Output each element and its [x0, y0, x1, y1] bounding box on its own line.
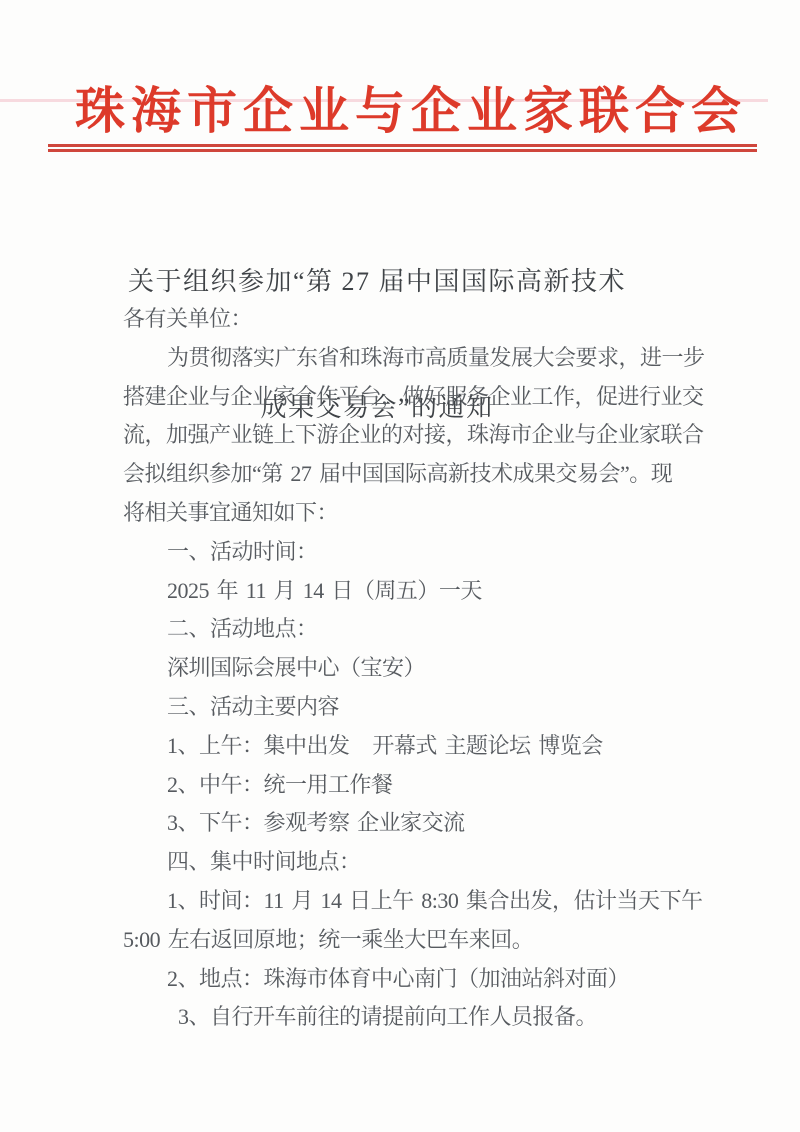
body-line: 1、时间：11 月 14 日上午 8:30 集合出发，估计当天下午	[123, 882, 800, 921]
notice-title-line1: 关于组织参加“第 27 届中国国际高新技术	[0, 261, 754, 303]
body-line: 各有关单位：	[123, 300, 800, 339]
body-line: 深圳国际会展中心（宝安）	[123, 649, 800, 688]
body-line: 2、地点：珠海市体育中心南门（加油站斜对面）	[123, 960, 800, 999]
notice-body: 各有关单位：为贯彻落实广东省和珠海市高质量发展大会要求，进一步搭建企业与企业家合…	[123, 300, 800, 1037]
letterhead-double-rule	[48, 144, 757, 152]
body-line: 四、集中时间地点：	[123, 843, 800, 882]
body-line: 2、中午：统一用工作餐	[123, 766, 800, 805]
body-line: 将相关事宜通知如下：	[123, 494, 800, 533]
org-name: 珠海市企业与企业家联合会	[22, 82, 800, 140]
rule-line-bottom	[48, 149, 757, 152]
body-line: 5:00 左右返回原地；统一乘坐大巴车来回。	[123, 921, 800, 960]
body-line: 搭建企业与企业家合作平台，做好服务企业工作，促进行业交	[123, 378, 800, 417]
body-line: 2025 年 11 月 14 日（周五）一天	[123, 572, 800, 611]
body-line: 一、活动时间：	[123, 533, 800, 572]
body-line: 1、上午：集中出发 开幕式 主题论坛 博览会	[123, 727, 800, 766]
body-line: 三、活动主要内容	[123, 688, 800, 727]
body-line: 二、活动地点：	[123, 610, 800, 649]
body-line: 会拟组织参加“第 27 届中国国际高新技术成果交易会”。现	[123, 455, 800, 494]
body-line: 3、下午：参观考察 企业家交流	[123, 804, 800, 843]
body-line: 流，加强产业链上下游企业的对接，珠海市企业与企业家联合	[123, 416, 800, 455]
document-page: 珠海市企业与企业家联合会 关于组织参加“第 27 届中国国际高新技术 成果交易会…	[0, 0, 800, 1132]
body-line: 3、自行开车前往的请提前向工作人员报备。	[123, 998, 800, 1037]
body-line: 为贯彻落实广东省和珠海市高质量发展大会要求，进一步	[123, 339, 800, 378]
rule-line-top	[48, 144, 757, 147]
